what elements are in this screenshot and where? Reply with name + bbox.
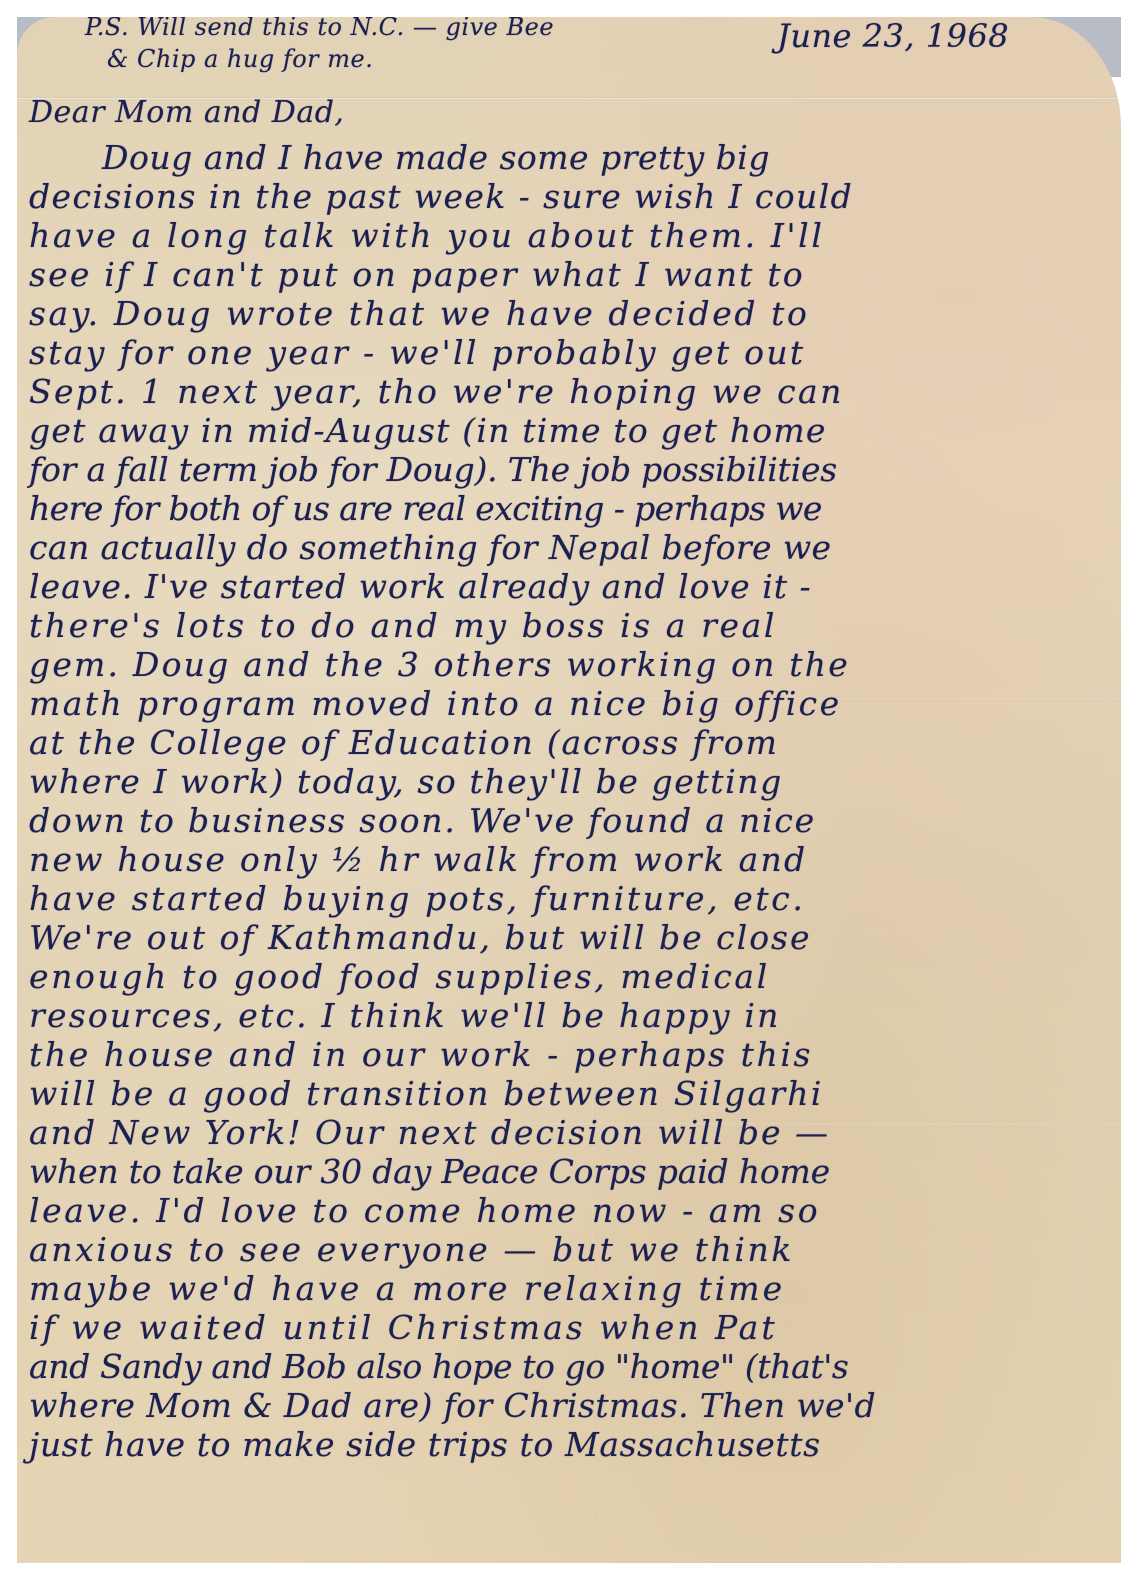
letter-line: math program moved into a nice big offic… bbox=[29, 684, 842, 723]
letter-line: say. Doug wrote that we have decided to bbox=[29, 294, 810, 333]
letter-line: stay for one year - we'll probably get o… bbox=[29, 333, 805, 372]
letter-page: P.S. Will send this to N.C. — give Bee &… bbox=[17, 17, 1121, 1563]
letter-line: enough to good food supplies, medical bbox=[29, 957, 770, 996]
letter-line: can actually do something for Nepal befo… bbox=[29, 528, 831, 567]
letter-line: decisions in the past week - sure wish I… bbox=[29, 177, 853, 216]
letter-line: where Mom & Dad are) for Christmas. Then… bbox=[29, 1386, 876, 1425]
letter-line: where I work) today, so they'll be getti… bbox=[29, 762, 783, 801]
letter-line: will be a good transition between Silgar… bbox=[29, 1074, 824, 1113]
letter-line: anxious to see everyone — but we think bbox=[29, 1230, 794, 1269]
postscript-line: & Chip a hug for me. bbox=[107, 45, 373, 73]
letter-line: Sept. 1 next year, tho we're hoping we c… bbox=[29, 372, 844, 411]
letter-line: have started buying pots, furniture, etc… bbox=[29, 879, 805, 918]
letter-line: have a long talk with you about them. I'… bbox=[29, 216, 824, 255]
letter-line: if we waited until Christmas when Pat bbox=[29, 1308, 778, 1347]
letter-line: the house and in our work - perhaps this bbox=[29, 1035, 813, 1074]
letter-line: maybe we'd have a more relaxing time bbox=[29, 1269, 785, 1308]
letter-line: leave. I've started work already and lov… bbox=[29, 567, 812, 606]
letter-line: just have to make side trips to Massachu… bbox=[29, 1425, 821, 1464]
salutation: Dear Mom and Dad, bbox=[29, 95, 344, 130]
letter-line: We're out of Kathmandu, but will be clos… bbox=[29, 918, 812, 957]
letter-line: resources, etc. I think we'll be happy i… bbox=[29, 996, 781, 1035]
letter-line: there's lots to do and my boss is a real bbox=[29, 606, 777, 645]
letter-line: and New York! Our next decision will be … bbox=[29, 1113, 830, 1152]
letter-line: Doug and I have made some pretty big bbox=[102, 138, 770, 177]
letter-line: down to business soon. We've found a nic… bbox=[29, 801, 816, 840]
letter-line: at the College of Education (across from bbox=[29, 723, 779, 762]
letter-line: when to take our 30 day Peace Corps paid… bbox=[29, 1152, 830, 1191]
letter-line: leave. I'd love to come home now - am so bbox=[29, 1191, 820, 1230]
postscript-line: P.S. Will send this to N.C. — give Bee bbox=[85, 17, 554, 41]
letter-line: here for both of us are real exciting - … bbox=[29, 489, 822, 528]
letter-line: new house only ½ hr walk from work and bbox=[29, 840, 807, 879]
letter-line: for a fall term job for Doug). The job p… bbox=[29, 450, 837, 489]
letter-line: see if I can't put on paper what I want … bbox=[29, 255, 805, 294]
letter-date: June 23, 1968 bbox=[777, 17, 1009, 55]
letter-line: and Sandy and Bob also hope to go "home"… bbox=[29, 1347, 848, 1386]
letter-line: get away in mid-August (in time to get h… bbox=[29, 411, 827, 450]
letter-line: gem. Doug and the 3 others working on th… bbox=[29, 645, 850, 684]
